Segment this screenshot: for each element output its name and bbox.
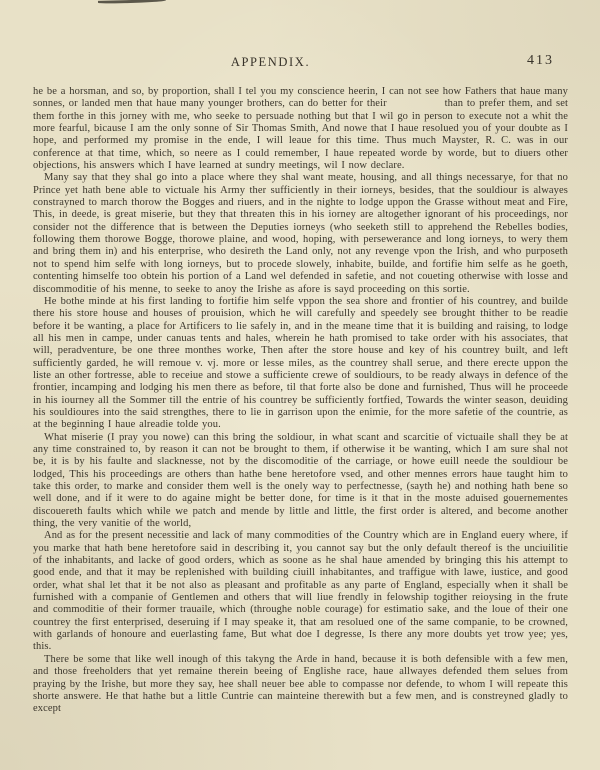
page-number: 413: [527, 53, 554, 69]
paragraph-4: What miserie (I pray you nowe) can this …: [33, 432, 568, 531]
paragraph-2: Many say that they shal go into a place …: [33, 172, 568, 295]
paragraph-3: He bothe minde at his first landing to f…: [33, 296, 568, 432]
blank-gap: [387, 105, 441, 106]
text-block: he be a horsman, and so, by proportion, …: [33, 86, 568, 716]
scan-edge-artifact: [98, 0, 166, 4]
book-page: APPENDIX. 413 he be a horsman, and so, b…: [0, 0, 600, 770]
running-title: APPENDIX.: [33, 55, 508, 70]
paragraph-6: There be some that like well inough of t…: [33, 654, 568, 716]
paragraph-1: he be a horsman, and so, by proportion, …: [33, 86, 568, 172]
paragraph-5: And as for the present necessitie and la…: [33, 530, 568, 653]
page-header: APPENDIX. 413: [33, 55, 568, 73]
